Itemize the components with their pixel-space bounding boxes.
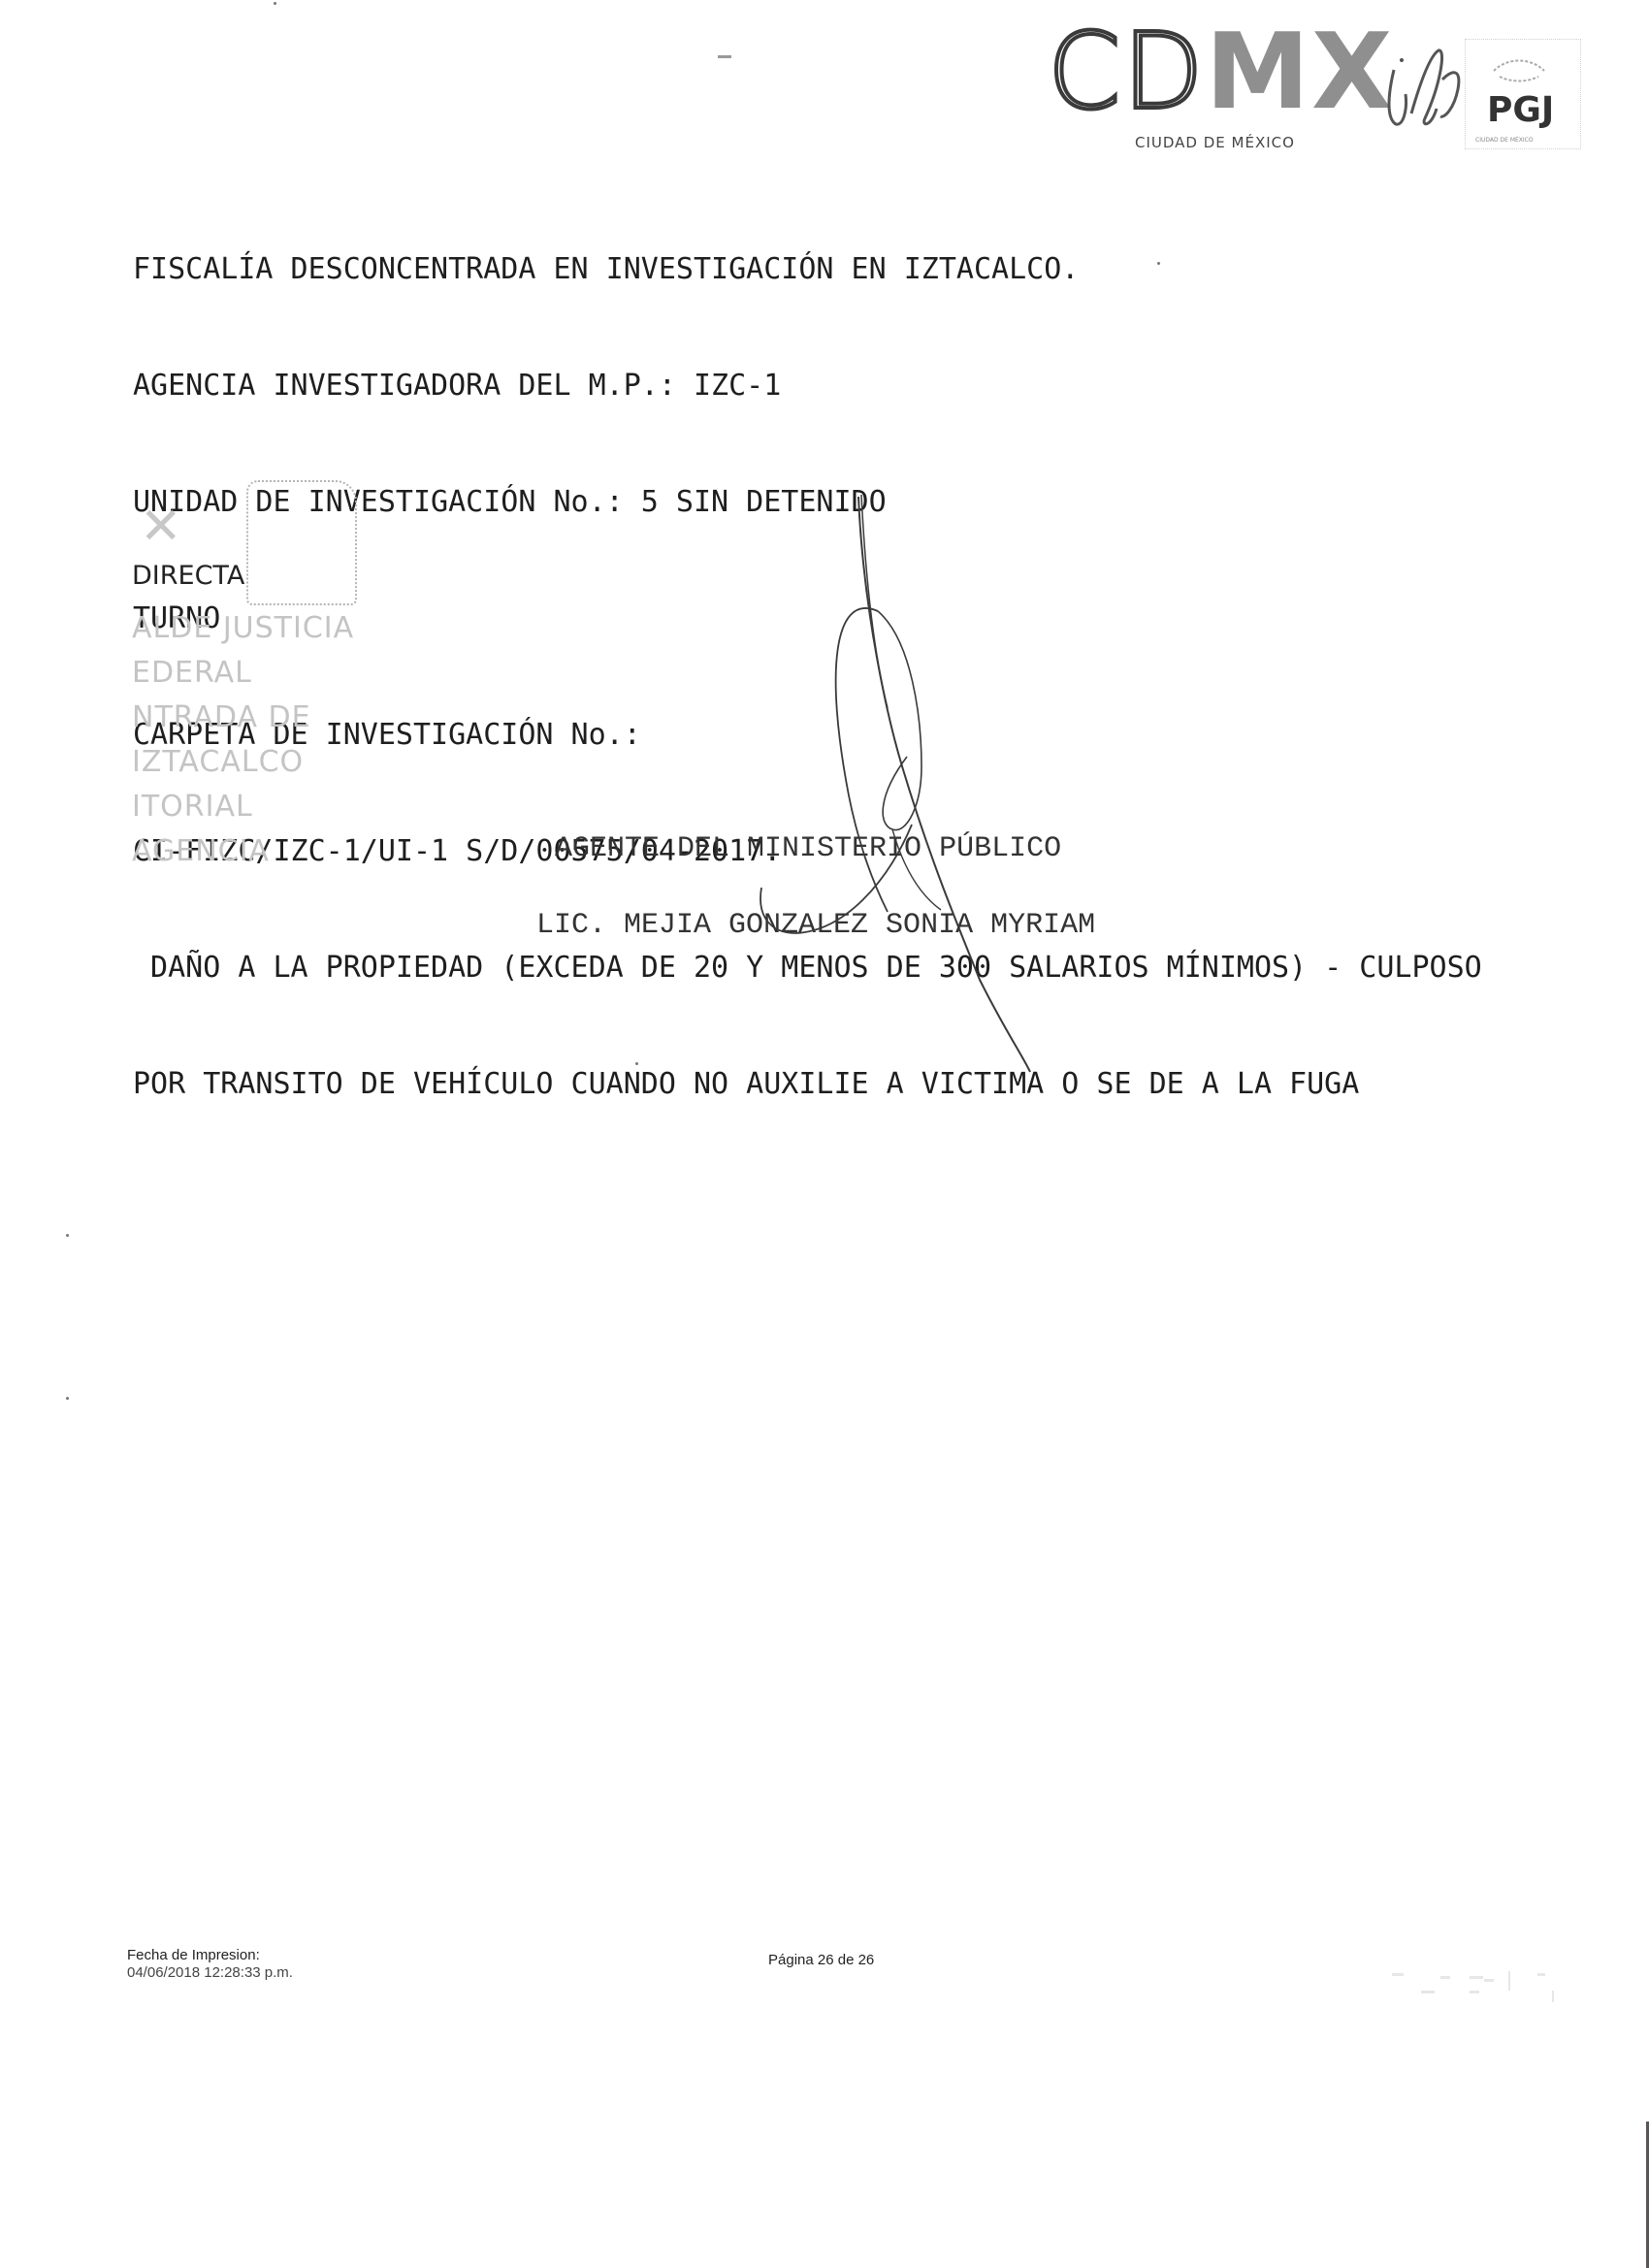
print-date-value: 04/06/2018 12:28:33 p.m. xyxy=(127,1964,293,1982)
signer-title: AGENTE DEL MINISTERIO PÚBLICO xyxy=(555,832,1061,865)
scan-speck xyxy=(66,1397,69,1400)
scan-speck xyxy=(274,2,276,5)
cdmx-wordmark: CDMX xyxy=(1048,19,1394,126)
pgj-emblem-icon xyxy=(1490,53,1548,82)
pgj-badge: PGJ CIUDAD DE MÉXICO xyxy=(1465,39,1581,149)
logo-mx: MX xyxy=(1206,12,1395,133)
stamp-directa-label: DIRECTA xyxy=(132,561,244,591)
stamp-line: NTRADA DE xyxy=(132,696,354,740)
stamp-line: ITORIAL xyxy=(132,785,354,829)
agencia-line: AGENCIA INVESTIGADORA DEL M.P.: IZC-1 xyxy=(133,367,1482,405)
fiscalia-line: FISCALÍA DESCONCENTRADA EN INVESTIGACIÓN… xyxy=(133,250,1482,289)
logo-script-icon xyxy=(1382,41,1470,130)
print-date-block: Fecha de Impresion: 04/06/2018 12:28:33 … xyxy=(127,1947,293,1982)
scan-speck xyxy=(635,1062,638,1065)
pgj-subtitle: CIUDAD DE MÉXICO xyxy=(1475,137,1534,144)
stamp-line: ALDE JUSTICIA xyxy=(132,606,354,651)
scan-mark xyxy=(718,55,731,58)
page-number: Página 26 de 26 xyxy=(768,1952,874,1968)
stamp-line: EDERAL xyxy=(132,651,354,696)
official-stamp: ✕ DIRECTA ALDE JUSTICIA EDERAL NTRADA DE… xyxy=(132,480,374,868)
scan-speck xyxy=(66,1234,69,1237)
signer-name: LIC. MEJIA GONZALEZ SONIA MYRIAM xyxy=(536,909,1095,942)
stamp-emblem-icon xyxy=(246,480,357,605)
faint-stamp-mark xyxy=(1363,1952,1557,2010)
logo-cd: CD xyxy=(1048,12,1206,133)
stamp-line: IZTACALCO xyxy=(132,740,354,785)
stamp-x-mark-icon: ✕ xyxy=(140,498,182,556)
delito-line-2: POR TRANSITO DE VEHÍCULO CUANDO NO AUXIL… xyxy=(133,1065,1482,1104)
stamp-line: AGENCIA xyxy=(132,829,354,874)
cdmx-pgj-logo: CDMX PGJ CIUDAD DE MÉXICO CIUDAD DE MÉXI… xyxy=(1048,19,1571,146)
stamp-faded-text: ALDE JUSTICIA EDERAL NTRADA DE IZTACALCO… xyxy=(132,606,354,874)
delito-line-1: DAÑO A LA PROPIEDAD (EXCEDA DE 20 Y MENO… xyxy=(133,949,1482,988)
pgj-label: PGJ xyxy=(1487,90,1554,130)
scan-speck xyxy=(1157,262,1160,265)
logo-subtitle: CIUDAD DE MÉXICO xyxy=(1135,134,1295,151)
print-date-label: Fecha de Impresion: xyxy=(127,1947,293,1964)
